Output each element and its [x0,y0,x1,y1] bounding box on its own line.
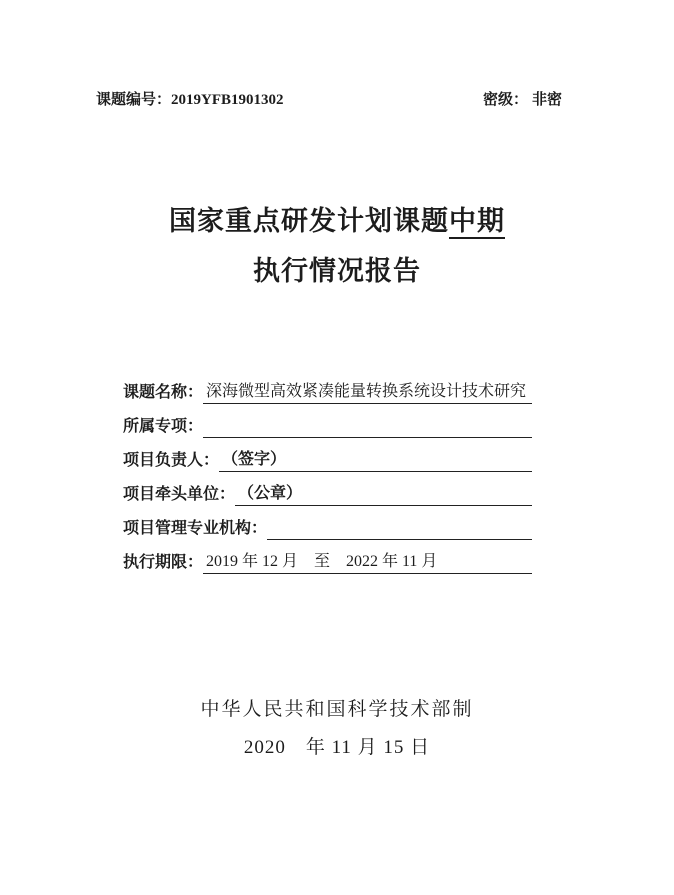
form-fields: 课题名称： 深海微型高效紧凑能量转换系统设计技术研究 所属专项： 项目负责人： … [123,380,532,584]
field-row-project-leader: 项目负责人： （签字） [123,448,532,472]
title-line-1: 国家重点研发计划课题中期 [0,196,674,246]
field-row-management-agency: 项目管理专业机构： [123,516,532,540]
document-header: 课题编号：2019YFB1901302 密级：非密 [96,88,562,109]
security-level: 密级：非密 [483,88,562,109]
publisher-line: 中华人民共和国科学技术部制 [0,698,674,722]
document-page: 课题编号：2019YFB1901302 密级：非密 国家重点研发计划课题中期 执… [0,0,674,895]
field-label: 项目负责人： [123,449,219,472]
field-label: 项目牵头单位： [123,483,235,506]
project-number-label: 课题编号： [96,91,171,108]
field-label: 课题名称： [123,381,203,404]
field-value [203,414,532,438]
security-label: 密级： [483,91,528,108]
field-value: （签字） [219,448,532,472]
field-value: 2019 年 12 月 至 2022 年 11 月 [203,550,532,574]
field-value: 深海微型高效紧凑能量转换系统设计技术研究 [203,380,532,404]
document-title: 国家重点研发计划课题中期 执行情况报告 [0,196,674,296]
field-value: （公章） [235,482,532,506]
field-row-special-project: 所属专项： [123,414,532,438]
document-footer: 中华人民共和国科学技术部制 2020 年 11 月 15 日 [0,698,674,760]
title-line-2: 执行情况报告 [0,246,674,296]
field-row-lead-unit: 项目牵头单位： （公章） [123,482,532,506]
field-label: 所属专项： [123,415,203,438]
field-label: 执行期限： [123,551,203,574]
field-row-subject-name: 课题名称： 深海微型高效紧凑能量转换系统设计技术研究 [123,380,532,404]
project-number: 课题编号：2019YFB1901302 [96,88,284,109]
security-value: 非密 [532,91,562,108]
date-line: 2020 年 11 月 15 日 [0,736,674,760]
title-line1-main: 国家重点研发计划课题 [169,206,449,236]
field-label: 项目管理专业机构： [123,517,267,540]
field-row-execution-period: 执行期限： 2019 年 12 月 至 2022 年 11 月 [123,550,532,574]
title-line1-underlined: 中期 [449,206,505,239]
project-number-value: 2019YFB1901302 [171,92,284,108]
field-value [267,516,532,540]
